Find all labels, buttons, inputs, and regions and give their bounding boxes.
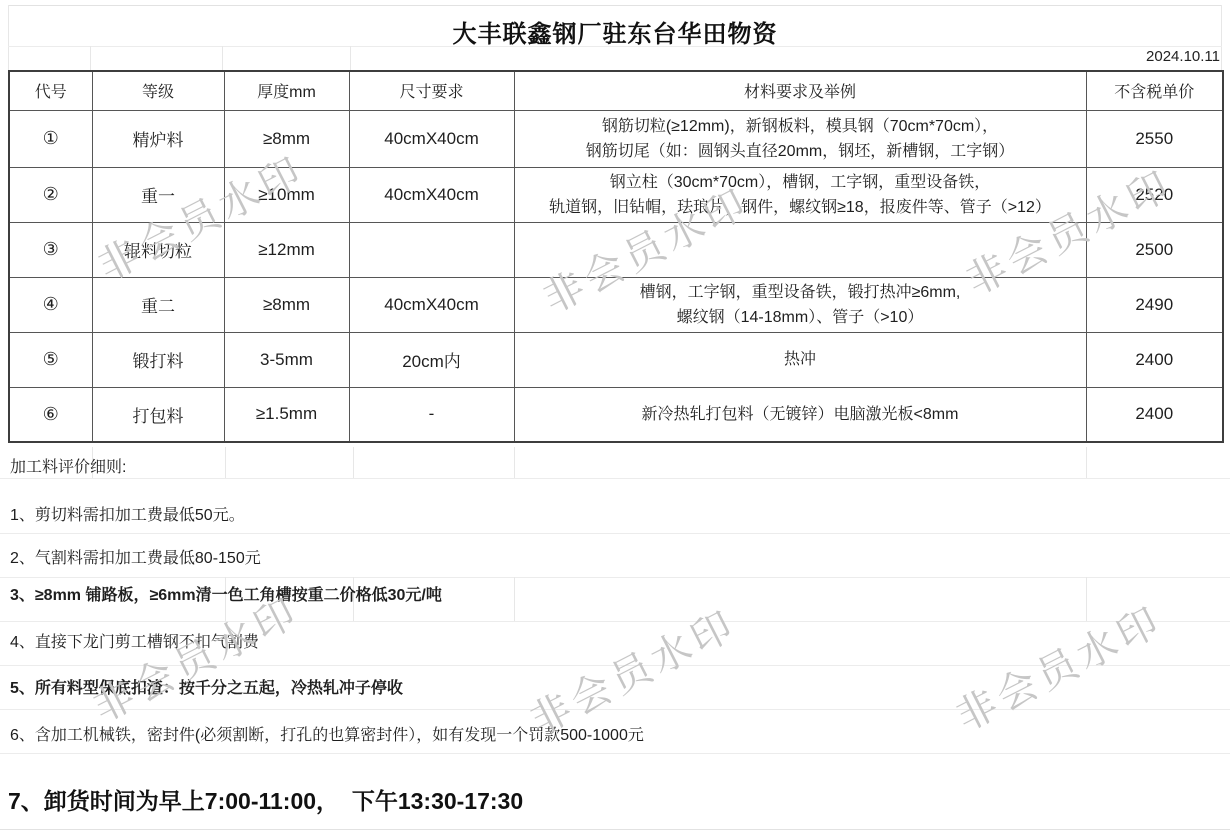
material-cell: 钢立柱（30cm*70cm），槽钢，工字钢，重型设备铁， 轨道钢，旧钻帽，珐琅片… xyxy=(514,167,1086,222)
thickness-cell: ≥10mm xyxy=(224,167,349,222)
code-cell: ② xyxy=(9,167,92,222)
table-row: ⑥ 打包料 ≥1.5mm - 新冷热轧打包料（无镀锌）电脑激光板<8mm 240… xyxy=(9,387,1223,442)
price-cell: 2400 xyxy=(1086,387,1223,442)
table-row: ② 重一 ≥10mm 40cmX40cm 钢立柱（30cm*70cm），槽钢，工… xyxy=(9,167,1223,222)
header-grade: 等级 xyxy=(92,71,224,110)
table-row: ③ 辊料切粒 ≥12mm 2500 xyxy=(9,222,1223,277)
thickness-cell: ≥12mm xyxy=(224,222,349,277)
material-cell: 热冲 xyxy=(514,332,1086,387)
material-line: 螺纹钢（14-18mm）、管子（>10） xyxy=(519,305,1082,330)
watermark: 非会员水印 xyxy=(945,590,1171,743)
code-cell: ⑤ xyxy=(9,332,92,387)
code-cell: ④ xyxy=(9,277,92,332)
material-line: 钢筋切尾（如：圆钢头直径20mm，钢坯，新槽钢，工字钢） xyxy=(519,139,1082,164)
thickness-cell: 3-5mm xyxy=(224,332,349,387)
gridline-decoration xyxy=(0,478,1230,479)
table-header-row: 代号 等级 厚度mm 尺寸要求 材料要求及举例 不含税单价 xyxy=(9,71,1223,110)
gridline-decoration xyxy=(0,829,1230,830)
material-line: 钢立柱（30cm*70cm），槽钢，工字钢，重型设备铁， xyxy=(519,170,1082,195)
header-price: 不含税单价 xyxy=(1086,71,1223,110)
gridline-decoration xyxy=(514,577,515,621)
gridline-decoration xyxy=(353,447,354,478)
header-code: 代号 xyxy=(9,71,92,110)
material-line: 钢筋切粒(≥12mm)，新钢板料，模具钢（70cm*70cm）， xyxy=(519,114,1082,139)
grade-cell: 重一 xyxy=(92,167,224,222)
thickness-cell: ≥8mm xyxy=(224,277,349,332)
thickness-cell: ≥1.5mm xyxy=(224,387,349,442)
gridline-decoration xyxy=(90,46,91,70)
code-cell: ③ xyxy=(9,222,92,277)
note-item-4: 4、直接下龙门剪工槽钢不扣气割费 xyxy=(10,629,259,652)
gridline-decoration xyxy=(222,46,223,70)
size-cell xyxy=(349,222,514,277)
gridline-decoration xyxy=(1086,577,1087,621)
size-cell: 40cmX40cm xyxy=(349,167,514,222)
gridline-decoration xyxy=(0,533,1230,534)
material-line: 轨道钢，旧钻帽，珐琅片，钢件，螺纹钢≥18，报废件等、管子（>12） xyxy=(519,195,1082,220)
grade-cell: 辊料切粒 xyxy=(92,222,224,277)
gridline-decoration xyxy=(225,447,226,478)
page-title: 大丰联鑫钢厂驻东台华田物资 xyxy=(0,14,1230,49)
size-cell: 40cmX40cm xyxy=(349,277,514,332)
price-cell: 2550 xyxy=(1086,110,1223,167)
note-item-3: 3、≥8mm 铺路板，≥6mm清一色工角槽按重二价格低30元/吨 xyxy=(10,582,442,605)
price-cell: 2400 xyxy=(1086,332,1223,387)
gridline-decoration xyxy=(350,46,351,70)
grade-cell: 锻打料 xyxy=(92,332,224,387)
size-cell: - xyxy=(349,387,514,442)
gridline-decoration xyxy=(0,709,1230,710)
material-line: 热冲 xyxy=(519,347,1082,372)
table-row: ① 精炉料 ≥8mm 40cmX40cm 钢筋切粒(≥12mm)，新钢板料，模具… xyxy=(9,110,1223,167)
grade-cell: 重二 xyxy=(92,277,224,332)
price-cell: 2520 xyxy=(1086,167,1223,222)
table-row: ⑤ 锻打料 3-5mm 20cm内 热冲 2400 xyxy=(9,332,1223,387)
price-cell: 2490 xyxy=(1086,277,1223,332)
gridline-decoration xyxy=(0,577,1230,578)
material-cell: 新冷热轧打包料（无镀锌）电脑激光板<8mm xyxy=(514,387,1086,442)
price-table: 代号 等级 厚度mm 尺寸要求 材料要求及举例 不含税单价 ① 精炉料 ≥8mm… xyxy=(8,70,1224,443)
size-cell: 20cm内 xyxy=(349,332,514,387)
note-item-2: 2、气割料需扣加工费最低80-150元 xyxy=(10,545,261,568)
date-label: 2024.10.11 xyxy=(1146,48,1220,65)
code-cell: ① xyxy=(9,110,92,167)
note-item-7-unload-time: 7、卸货时间为早上7:00-11:00， 下午13:30-17:30 xyxy=(8,783,523,816)
grade-cell: 打包料 xyxy=(92,387,224,442)
material-cell xyxy=(514,222,1086,277)
material-cell: 槽钢，工字钢，重型设备铁，锻打热冲≥6mm, 螺纹钢（14-18mm）、管子（>… xyxy=(514,277,1086,332)
table-row: ④ 重二 ≥8mm 40cmX40cm 槽钢，工字钢，重型设备铁，锻打热冲≥6m… xyxy=(9,277,1223,332)
note-item-1: 1、剪切料需扣加工费最低50元。 xyxy=(10,502,245,525)
material-cell: 钢筋切粒(≥12mm)，新钢板料，模具钢（70cm*70cm）， 钢筋切尾（如：… xyxy=(514,110,1086,167)
material-line: 新冷热轧打包料（无镀锌）电脑激光板<8mm xyxy=(519,402,1082,427)
header-material: 材料要求及举例 xyxy=(514,71,1086,110)
gridline-decoration xyxy=(514,447,515,478)
grade-cell: 精炉料 xyxy=(92,110,224,167)
note-item-6: 6、含加工机械铁，密封件(必须割断，打孔的也算密封件），如有发现一个罚款500-… xyxy=(10,722,644,745)
gridline-decoration xyxy=(0,621,1230,622)
price-cell: 2500 xyxy=(1086,222,1223,277)
header-thickness: 厚度mm xyxy=(224,71,349,110)
gridline-decoration xyxy=(8,5,1222,6)
header-size: 尺寸要求 xyxy=(349,71,514,110)
size-cell: 40cmX40cm xyxy=(349,110,514,167)
gridline-decoration xyxy=(1086,447,1087,478)
note-item-5: 5、所有料型保底扣渣：按千分之五起，冷热轧冲子停收 xyxy=(10,675,403,698)
price-sheet-page: 大丰联鑫钢厂驻东台华田物资 2024.10.11 代号 等级 厚度mm 尺寸要求… xyxy=(0,0,1230,837)
code-cell: ⑥ xyxy=(9,387,92,442)
gridline-decoration xyxy=(0,665,1230,666)
notes-heading: 加工料评价细则: xyxy=(10,454,126,477)
thickness-cell: ≥8mm xyxy=(224,110,349,167)
gridline-decoration xyxy=(0,753,1230,754)
material-line: 槽钢，工字钢，重型设备铁，锻打热冲≥6mm, xyxy=(519,280,1082,305)
